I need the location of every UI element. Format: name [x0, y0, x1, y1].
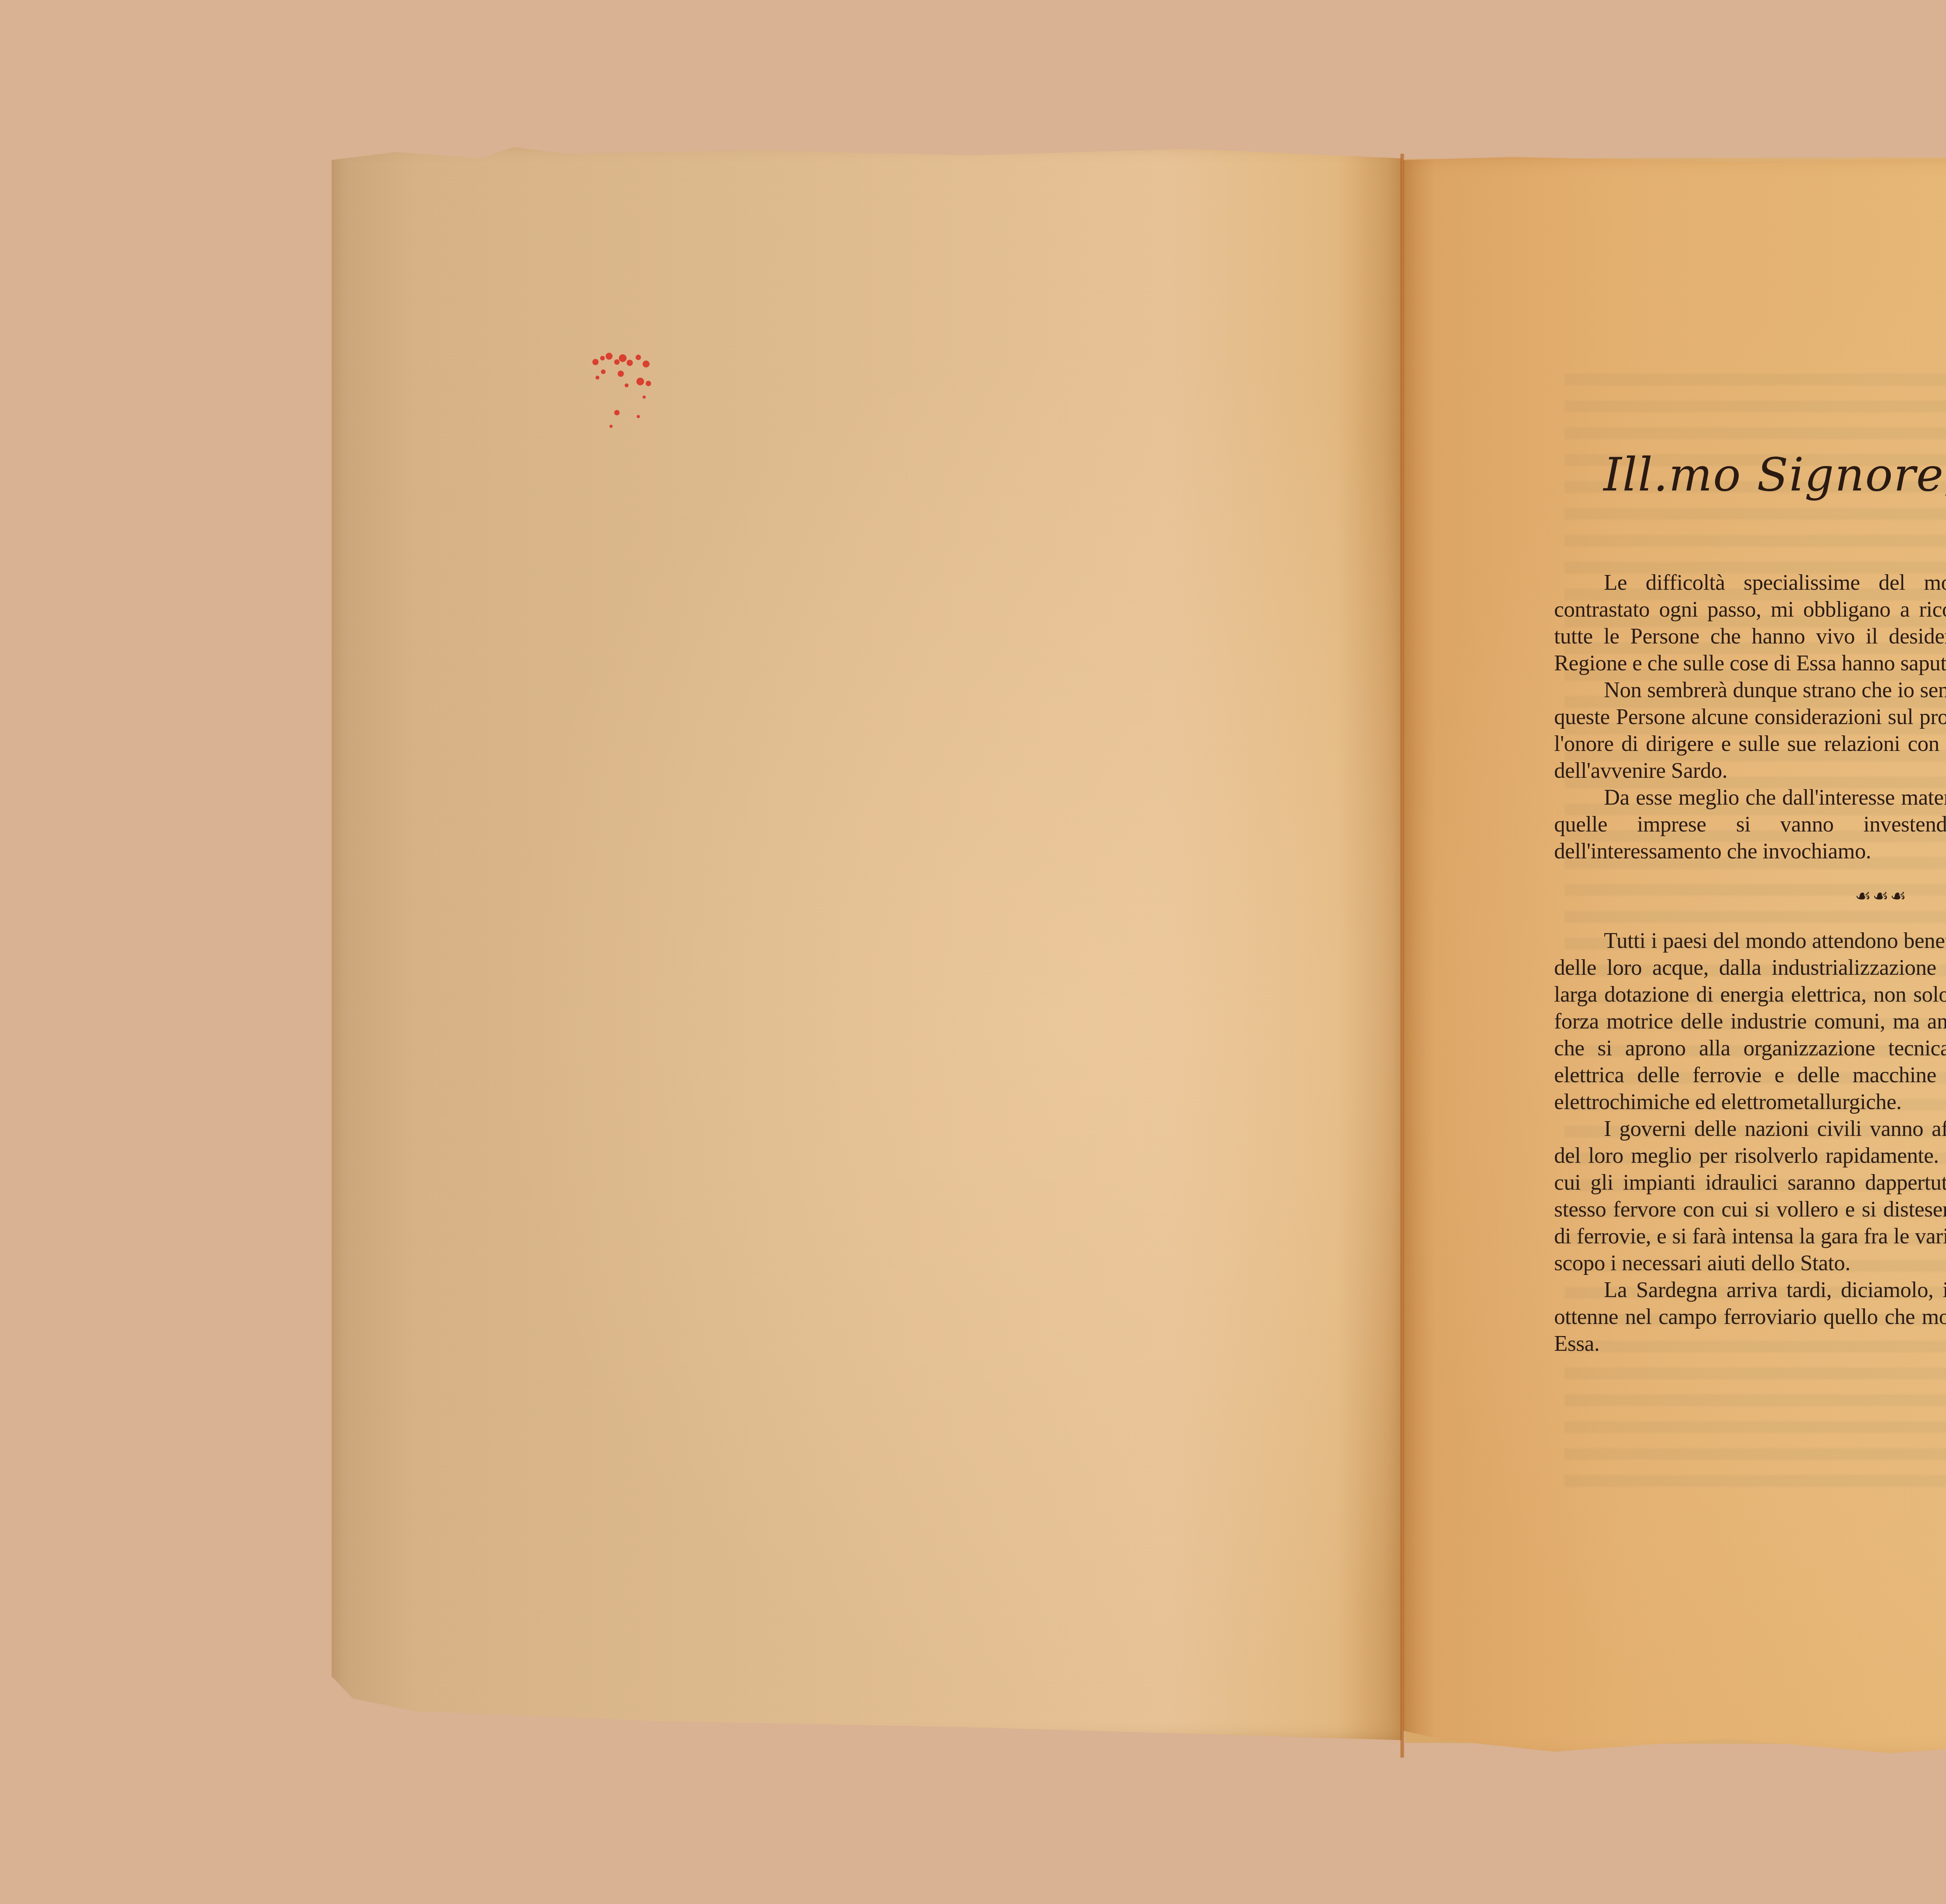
left-page — [332, 144, 1402, 1740]
paragraph: Le difficoltà specialissime del momento,… — [1554, 569, 1946, 677]
paragraph: Da esse meglio che dall'interesse materi… — [1554, 784, 1946, 865]
fleuron-divider-icon: ☙☙☙ — [1554, 883, 1946, 909]
stamp-offset-mark-icon — [580, 335, 662, 436]
paragraph: Non sembrerà dunque strano che io senta … — [1554, 677, 1946, 784]
book-gutter — [1400, 154, 1404, 1758]
paragraph: I governi delle nazioni civili vanno aff… — [1554, 1115, 1946, 1276]
letter-body: Le difficoltà specialissime del momento,… — [1554, 569, 1946, 1357]
paragraph: La Sardegna arriva tardi, diciamolo, in … — [1554, 1276, 1946, 1357]
salutation: Ill.mo Signore, — [1604, 448, 1946, 501]
paragraph: Tutti i paesi del mondo attendono benefi… — [1554, 927, 1946, 1115]
